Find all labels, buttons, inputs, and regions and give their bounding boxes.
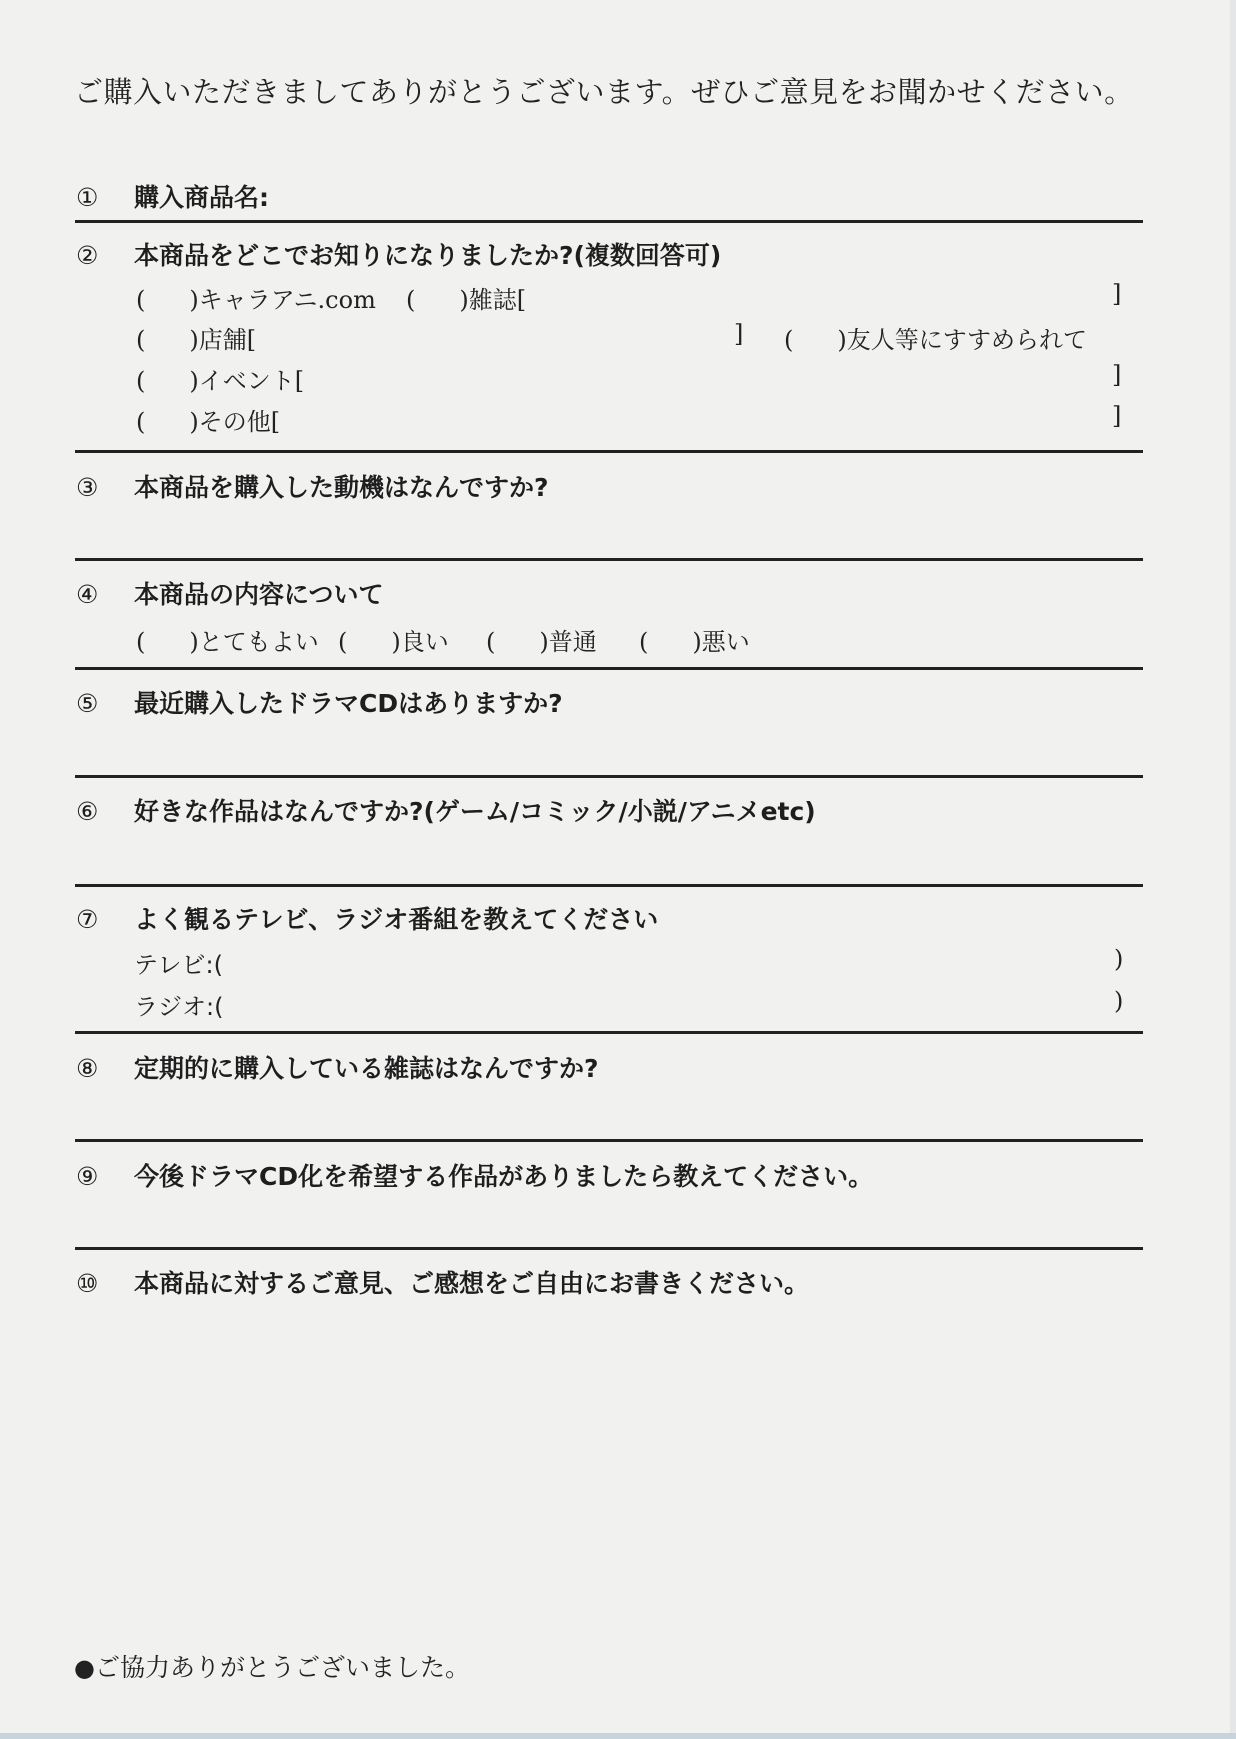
option-friends[interactable]: ()友人等にすすめられて [784, 320, 1087, 355]
question-number: ② [76, 241, 134, 270]
option-label: キャラアニ.com [199, 286, 376, 314]
tv-field[interactable]: テレビ:( [134, 945, 223, 980]
text-field-open-bracket: [ [271, 408, 280, 436]
checkbox-close-paren: ) [189, 326, 198, 354]
question-2: ②本商品をどこでお知りになりましたか?(複数回答可) [76, 236, 721, 272]
question-text: 本商品に対するご意見、ご感想をご自由にお書きください。 [134, 1269, 809, 1298]
answer-line-3[interactable] [75, 558, 1143, 561]
answer-line-5[interactable] [75, 775, 1143, 778]
question-5: ⑤最近購入したドラマCDはありますか? [76, 684, 563, 720]
question-6: ⑥好きな作品はなんですか?(ゲーム/コミック/小説/アニメetc) [76, 792, 816, 828]
text-field-close-bracket: ] [1112, 361, 1121, 389]
question-text: 本商品の内容について [134, 580, 384, 609]
checkbox-close-paren: ) [459, 286, 468, 314]
option-magazine[interactable]: ()雑誌[ [406, 280, 526, 315]
checkbox-open-paren: ( [486, 628, 495, 656]
question-text: 好きな作品はなんですか?(ゲーム/コミック/小説/アニメetc) [134, 797, 816, 826]
checkbox-close-paren: ) [189, 628, 198, 656]
option-label: 普通 [549, 628, 597, 656]
question-9: ⑨今後ドラマCD化を希望する作品がありましたら教えてください。 [76, 1157, 873, 1193]
page-bottom-edge [0, 1733, 1236, 1739]
radio-label: ラジオ: [134, 993, 214, 1021]
footer-text: ご協力ありがとうございました。 [95, 1653, 470, 1682]
option-label: 雑誌 [469, 286, 517, 314]
text-field-close-bracket: ] [1112, 280, 1121, 308]
checkbox-open-paren: ( [136, 367, 145, 395]
thank-you-footer: ●ご協力ありがとうございました。 [74, 1648, 470, 1684]
question-3: ③本商品を購入した動機はなんですか? [76, 468, 549, 504]
rating-average[interactable]: ()普通 [486, 622, 597, 657]
intro-text: ご購入いただきましてありがとうございます。ぜひご意見をお聞かせください。 [74, 70, 1134, 111]
option-store[interactable]: ()店舗[ [136, 320, 256, 355]
text-field-open-bracket: [ [295, 367, 304, 395]
field-close-paren: ) [1114, 945, 1123, 973]
checkbox-open-paren: ( [338, 628, 347, 656]
answer-line-6[interactable] [75, 884, 1143, 887]
option-label: 友人等にすすめられて [847, 326, 1087, 354]
option-label: その他 [199, 408, 271, 436]
tv-label: テレビ: [134, 951, 214, 979]
option-label: 良い [401, 628, 449, 656]
checkbox-open-paren: ( [639, 628, 648, 656]
option-label: イベント [199, 367, 295, 395]
question-text: 本商品を購入した動機はなんですか? [134, 473, 549, 502]
text-field-open-bracket: [ [247, 326, 256, 354]
option-event[interactable]: ()イベント[ [136, 361, 304, 396]
question-number: ⑦ [76, 905, 134, 934]
question-10: ⑩本商品に対するご意見、ご感想をご自由にお書きください。 [76, 1264, 809, 1300]
answer-line-8[interactable] [75, 1139, 1143, 1142]
field-open-paren: ( [214, 993, 223, 1021]
question-number: ⑧ [76, 1054, 134, 1083]
checkbox-open-paren: ( [784, 326, 793, 354]
checkbox-close-paren: ) [391, 628, 400, 656]
text-field-close-bracket: ] [1112, 402, 1121, 430]
divider-4 [75, 667, 1143, 670]
rating-bad[interactable]: ()悪い [639, 622, 750, 657]
option-chara-ani[interactable]: ()キャラアニ.com [136, 280, 376, 315]
question-number: ⑤ [76, 689, 134, 718]
checkbox-close-paren: ) [189, 367, 198, 395]
option-label: 悪い [702, 628, 750, 656]
divider-2 [75, 450, 1143, 453]
text-field-close-bracket: ] [734, 320, 743, 348]
checkbox-close-paren: ) [189, 286, 198, 314]
question-text: 本商品をどこでお知りになりましたか?(複数回答可) [134, 241, 721, 270]
checkbox-close-paren: ) [837, 326, 846, 354]
answer-line-1[interactable] [75, 220, 1143, 223]
question-4: ④本商品の内容について [76, 575, 384, 611]
checkbox-open-paren: ( [406, 286, 415, 314]
checkbox-open-paren: ( [136, 628, 145, 656]
question-number: ⑨ [76, 1162, 134, 1191]
field-open-paren: ( [214, 951, 223, 979]
question-number: ① [76, 183, 134, 212]
question-number: ③ [76, 473, 134, 502]
question-number: ⑥ [76, 797, 134, 826]
question-number: ④ [76, 580, 134, 609]
question-text: よく観るテレビ、ラジオ番組を教えてください [134, 905, 658, 934]
checkbox-close-paren: ) [539, 628, 548, 656]
divider-7 [75, 1031, 1143, 1034]
question-7: ⑦よく観るテレビ、ラジオ番組を教えてください [76, 900, 658, 936]
checkbox-open-paren: ( [136, 326, 145, 354]
free-comment-area[interactable] [75, 1305, 1143, 1625]
text-field-open-bracket: [ [517, 286, 526, 314]
bullet-icon: ● [74, 1654, 95, 1682]
page-edge [1230, 0, 1236, 1739]
option-label: とてもよい [199, 628, 319, 656]
radio-field[interactable]: ラジオ:( [134, 987, 223, 1022]
question-8: ⑧定期的に購入している雑誌はなんですか? [76, 1049, 599, 1085]
option-other[interactable]: ()その他[ [136, 402, 280, 437]
question-number: ⑩ [76, 1269, 134, 1298]
answer-line-9[interactable] [75, 1247, 1143, 1250]
checkbox-close-paren: ) [692, 628, 701, 656]
rating-very-good[interactable]: ()とてもよい [136, 622, 319, 657]
checkbox-open-paren: ( [136, 286, 145, 314]
question-text: 今後ドラマCD化を希望する作品がありましたら教えてください。 [134, 1162, 873, 1191]
checkbox-close-paren: ) [189, 408, 198, 436]
question-text: 購入商品名: [134, 183, 269, 212]
question-1: ①購入商品名: [76, 178, 269, 214]
rating-good[interactable]: ()良い [338, 622, 449, 657]
option-label: 店舗 [199, 326, 247, 354]
question-text: 最近購入したドラマCDはありますか? [134, 689, 563, 718]
checkbox-open-paren: ( [136, 408, 145, 436]
field-close-paren: ) [1114, 987, 1123, 1015]
question-text: 定期的に購入している雑誌はなんですか? [134, 1054, 599, 1083]
